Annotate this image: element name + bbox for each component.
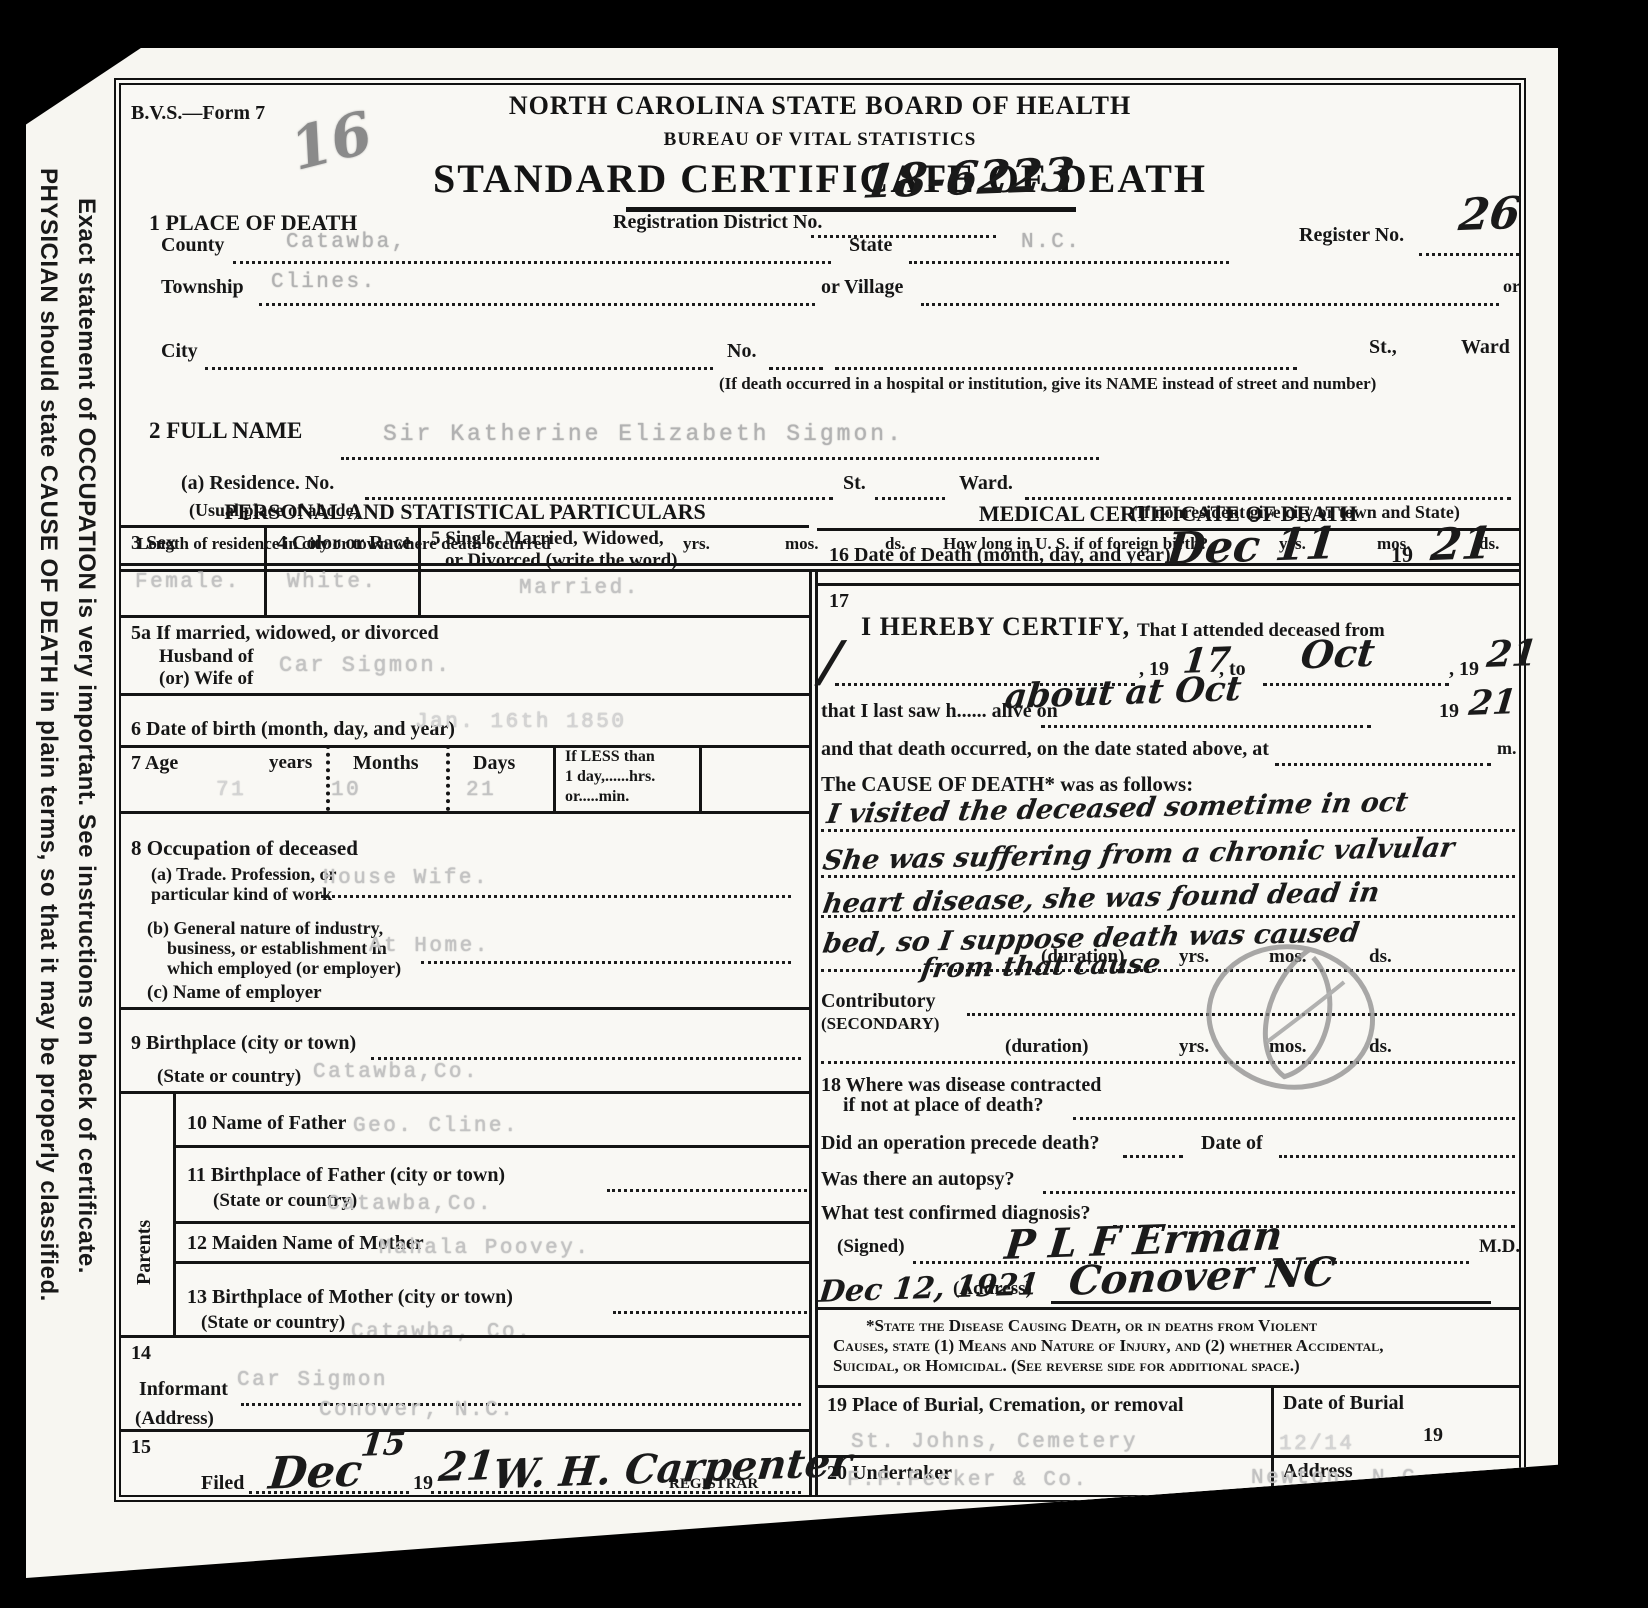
mother-birthplace-note: (State or country) xyxy=(201,1313,345,1333)
husband-of-label: Husband of xyxy=(159,647,254,667)
certify-label: I HEREBY CERTIFY, xyxy=(861,613,1130,640)
age-months-label: Months xyxy=(353,753,419,774)
state-label: State xyxy=(849,235,892,256)
dotted-line xyxy=(821,1061,1515,1064)
village-label: or Village xyxy=(821,277,903,298)
residence-label: (a) Residence. No. xyxy=(181,473,334,494)
occupation-b-label-3: which employed (or employer) xyxy=(167,959,401,978)
rule xyxy=(173,1145,809,1148)
cause-line-3: heart disease, she was found dead in xyxy=(821,877,1382,920)
personal-title: PERSONAL AND STATISTICAL PARTICULARS xyxy=(121,499,809,525)
dotted-line xyxy=(1263,683,1449,686)
dotted-line xyxy=(811,235,996,238)
disease-contracted-label-2: if not at place of death? xyxy=(843,1095,1044,1116)
contributory-label: Contributory xyxy=(821,991,935,1012)
dod-year-printed: 19 xyxy=(1391,543,1413,566)
rule xyxy=(121,1429,809,1432)
dotted-line xyxy=(321,895,791,898)
duration-label-2: (duration) xyxy=(1005,1037,1088,1057)
dotted-line xyxy=(259,303,815,306)
dotted-line xyxy=(1041,725,1371,728)
register-no-value: 26 xyxy=(1456,188,1523,241)
sex-value: Female. xyxy=(135,571,241,594)
burial-year-printed: 19 xyxy=(1423,1425,1443,1446)
filed-label: Filed xyxy=(201,1473,244,1494)
ward-label: Ward xyxy=(1461,337,1510,358)
full-name-value: Sir Katherine Elizabeth Sigmon. xyxy=(383,421,904,447)
dotted-line xyxy=(205,367,713,370)
birthplace-value: Catawba,Co. xyxy=(313,1061,479,1084)
signature-address-value: Conover NC xyxy=(1067,1248,1338,1304)
to-value: Oct xyxy=(1299,630,1378,678)
village-or-label: or xyxy=(1503,277,1520,296)
dotted-line xyxy=(1275,763,1491,766)
cell-divider xyxy=(418,525,421,615)
dotted-line xyxy=(909,261,1229,264)
rule xyxy=(173,1261,809,1264)
burial-date-label: Date of Burial xyxy=(1283,1393,1404,1414)
mother-name-value: Mahala Poovey. xyxy=(379,1237,590,1260)
dotted-line xyxy=(613,1311,807,1314)
rule xyxy=(817,1455,1519,1458)
disease-contracted-label-1: 18 Where was disease contracted xyxy=(821,1075,1101,1096)
to-year-printed: , 19 xyxy=(1449,659,1479,680)
father-name-value: Geo. Cline. xyxy=(353,1115,519,1138)
occupation-a-label-1: (a) Trade. Profession, or xyxy=(151,865,336,884)
birthplace-label: 9 Birthplace (city or town) xyxy=(131,1033,356,1054)
dotted-line xyxy=(821,829,1515,832)
dotted-line xyxy=(421,961,791,964)
dotted-line xyxy=(607,1189,807,1192)
duration-yrs-1: yrs. xyxy=(1179,947,1209,967)
margin-note-occupation: Exact statement of OCCUPATION is very im… xyxy=(72,198,100,1274)
rule xyxy=(121,693,809,696)
undertaker-value: F.F.Fecker & Co. xyxy=(847,1469,1089,1492)
filed-day-value: 15 xyxy=(359,1424,408,1464)
birthplace-note: (State or country) xyxy=(157,1067,301,1087)
dotted-line xyxy=(233,261,831,264)
signed-label: (Signed) xyxy=(837,1237,905,1257)
dob-label: 6 Date of birth (month, day, and year) xyxy=(131,719,455,740)
dotted-line xyxy=(371,1057,801,1060)
rule xyxy=(121,1091,809,1094)
father-birthplace-value: Catawba,Co. xyxy=(327,1193,493,1216)
filed-year-value: 21 xyxy=(437,1442,498,1491)
dotted-line xyxy=(1025,497,1511,500)
full-name-label: 2 FULL NAME xyxy=(149,419,302,443)
dotted-line xyxy=(1279,1155,1515,1158)
city-label: City xyxy=(161,341,198,362)
registration-district-value: 18-6223 xyxy=(860,147,1077,209)
column-divider xyxy=(809,572,818,1495)
rule xyxy=(121,615,809,618)
cell-divider xyxy=(264,525,267,615)
rule xyxy=(817,583,1519,586)
registrar-label: REGISTRAR xyxy=(669,1477,758,1493)
residence-st-label: St. xyxy=(843,473,866,494)
lastsaw-year-value: 21 xyxy=(1467,682,1519,724)
secondary-label: (SECONDARY) xyxy=(821,1015,939,1033)
less-than-label-3: or.....min. xyxy=(565,789,629,806)
certificate-paper: PHYSICIAN should state CAUSE OF DEATH in… xyxy=(26,48,1558,1578)
filed-month-value: Dec xyxy=(266,1445,364,1499)
occupation-b-label-1: (b) General nature of industry, xyxy=(147,919,383,938)
pencil-mark xyxy=(1189,913,1392,1116)
cell-divider-dotted xyxy=(446,745,450,811)
md-label: M.D. xyxy=(1479,1237,1520,1257)
rule xyxy=(817,1385,1519,1388)
dotted-line xyxy=(821,915,1515,918)
footnote-line-3: Suicidal, or Homicidal. (See reverse sid… xyxy=(833,1357,1300,1375)
dotted-line xyxy=(1123,1155,1183,1158)
age-days-value: 21 xyxy=(466,779,496,802)
medical-title: MEDICAL CERTIFICATE OF DEATH xyxy=(817,501,1519,527)
spouse-value: Car Sigmon. xyxy=(279,653,452,678)
informant-number: 14 xyxy=(131,1343,151,1364)
less-than-label-2: 1 day,......hrs. xyxy=(565,769,655,786)
less-than-label-1: If LESS than xyxy=(565,749,655,766)
undertaker-address-value: Newton, N.C. xyxy=(1251,1467,1432,1490)
marital-value: Married. xyxy=(519,577,640,600)
rule xyxy=(121,811,809,814)
race-value: White. xyxy=(287,571,378,594)
rule xyxy=(121,745,809,748)
age-label: 7 Age xyxy=(131,753,178,774)
dotted-line xyxy=(769,367,823,370)
parents-label: Parents xyxy=(133,1145,156,1285)
age-years-value: 71 xyxy=(216,779,246,802)
marital-label-2: or Divorced (write the word) xyxy=(445,551,678,571)
age-days-label: Days xyxy=(473,753,515,774)
burial-value: St. Johns, Cemetery xyxy=(851,1431,1138,1454)
date-of-death-value: Dec 11 xyxy=(1164,518,1339,575)
occupation-b-label-2: business, or establishment in xyxy=(167,939,387,958)
rule xyxy=(817,1307,1519,1310)
certificate-frame: B.V.S.—Form 7 NORTH CAROLINA STATE BOARD… xyxy=(114,78,1526,1502)
mother-birthplace-value: Catawba, Co. xyxy=(351,1321,532,1344)
age-years-label: years xyxy=(269,753,312,773)
address-underline xyxy=(1051,1301,1491,1304)
dotted-line xyxy=(1419,253,1519,256)
dob-value: Jan. 16th 1850 xyxy=(415,711,626,734)
occupation-a-label-2: particular kind of work xyxy=(151,885,332,904)
father-name-label: 10 Name of Father xyxy=(187,1113,346,1134)
operation-label: Did an operation precede death? xyxy=(821,1133,1100,1154)
rule xyxy=(121,1335,809,1338)
death-occurred-suffix: m. xyxy=(1497,739,1517,758)
county-label: County xyxy=(161,235,224,256)
race-label: 4 Color or Race xyxy=(277,533,411,554)
state-value: N.C. xyxy=(1021,231,1081,254)
date-of-label: Date of xyxy=(1201,1133,1263,1154)
informant-address-label: (Address) xyxy=(135,1409,214,1429)
dotted-line xyxy=(875,497,945,500)
residence-ward-label: Ward. xyxy=(959,473,1013,494)
dotted-line xyxy=(835,367,1297,370)
last-saw-value: about at Oct xyxy=(1003,669,1243,717)
cause-line-2: She was suffering from a chronic valvula… xyxy=(821,832,1457,876)
date-of-death-label: 16 Date of Death (month, day, and year) xyxy=(829,545,1171,566)
informant-address-value: Conover, N.C. xyxy=(319,1399,515,1422)
informant-value: Car Sigmon xyxy=(237,1369,388,1392)
occupation-c-label: (c) Name of employer xyxy=(147,983,322,1003)
autopsy-label: Was there an autopsy? xyxy=(821,1169,1015,1190)
dotted-line xyxy=(1073,1117,1515,1120)
township-label: Township xyxy=(161,277,244,298)
occupation-label: 8 Occupation of deceased xyxy=(131,837,358,859)
marital-label-1: 5 Single, Married, Widowed, xyxy=(431,529,664,549)
filed-number: 15 xyxy=(131,1437,151,1458)
dod-year-value: 21 xyxy=(1428,518,1495,571)
township-value: Clines. xyxy=(271,271,377,294)
dotted-line xyxy=(1043,1191,1515,1194)
footnote-line-2: Causes, state (1) Means and Nature of In… xyxy=(833,1337,1383,1355)
yrs-label-1: yrs. xyxy=(683,535,710,553)
signature-address-label: (Address) xyxy=(953,1279,1032,1299)
rule xyxy=(121,1007,809,1010)
cause-line-5: from that cause xyxy=(919,948,1163,984)
county-value: Catawba, xyxy=(286,231,407,254)
dotted-line xyxy=(341,457,1099,460)
mos-label-1: mos. xyxy=(785,535,819,553)
item-17-label: 17 xyxy=(829,591,849,612)
margin-note-cause: PHYSICIAN should state CAUSE OF DEATH in… xyxy=(34,168,62,1302)
no-label: No. xyxy=(727,341,756,362)
dotted-line xyxy=(821,875,1515,878)
footnote-line-1: *State the Disease Causing Death, or in … xyxy=(866,1317,1317,1335)
wife-of-label: (or) Wife of xyxy=(159,669,253,689)
dotted-line xyxy=(921,303,1499,306)
death-occurred-label: and that death occurred, on the date sta… xyxy=(821,739,1269,760)
cell-divider xyxy=(553,745,556,811)
cell-divider xyxy=(699,745,702,811)
married-label: 5a If married, widowed, or divorced xyxy=(131,623,439,644)
parents-divider xyxy=(173,1091,176,1335)
filed-year-printed: 19 xyxy=(413,1473,433,1494)
occupation-b-value: At Home. xyxy=(369,935,490,958)
hospital-note: (If death occurred in a hospital or inst… xyxy=(719,375,1376,393)
occupation-a-value: House Wife. xyxy=(323,867,489,890)
rule xyxy=(173,1221,809,1224)
register-no-label: Register No. xyxy=(1299,225,1404,246)
age-months-value: 10 xyxy=(331,779,361,802)
burial-date-value: 12/14 xyxy=(1279,1433,1355,1456)
to-year-value: 21 xyxy=(1485,632,1540,676)
mother-birthplace-label: 13 Birthplace of Mother (city or town) xyxy=(187,1287,513,1308)
cell-divider-dotted xyxy=(326,745,330,811)
st-label: St., xyxy=(1369,337,1397,358)
registration-district-label: Registration District No. xyxy=(613,212,822,233)
father-birthplace-label: 11 Birthplace of Father (city or town) xyxy=(187,1165,505,1186)
burial-label: 19 Place of Burial, Cremation, or remova… xyxy=(827,1395,1184,1416)
lastsaw-year-printed: 19 xyxy=(1439,701,1459,722)
informant-label: Informant xyxy=(139,1379,228,1400)
sex-label: 3 Sex xyxy=(131,533,176,554)
